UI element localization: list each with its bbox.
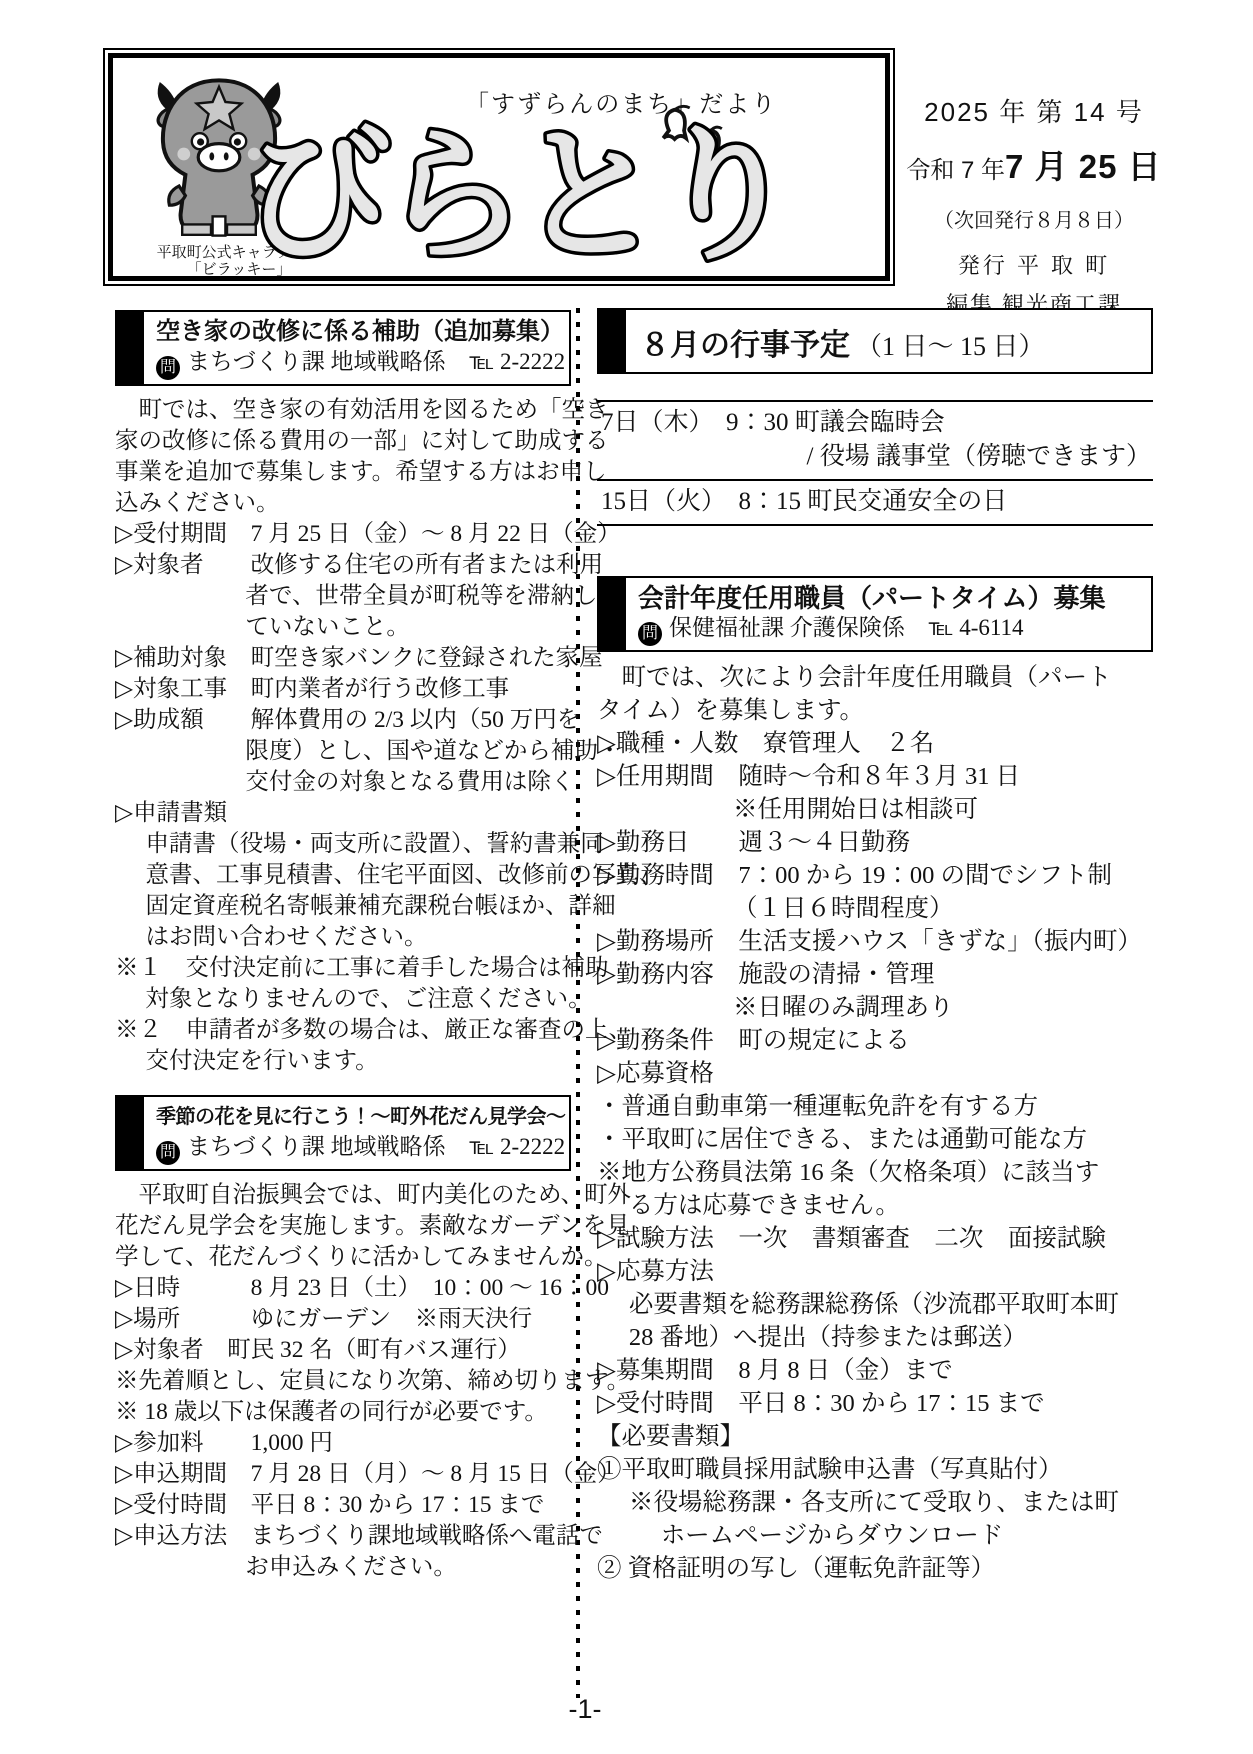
contact-dept: 保健福祉課 介護保険係 (669, 615, 905, 640)
events-table: 7日（木） 9：30 町議会臨時会 / 役場 議事堂（傍聴できます） 15日（火… (597, 400, 1153, 526)
text-line: ▷勤務条件 町の規定による (597, 1024, 1153, 1057)
masthead-title-text: びらとり (245, 111, 789, 280)
text-line: 固定資産税名寄帳兼補充課税台帳ほか、詳細 (115, 891, 571, 922)
text-line: 事業を追加で募集します。希望する方はお申し (115, 457, 571, 488)
text-line: ▷日時 8 月 23 日（土） 10：00 ～ 16：00 (115, 1273, 571, 1304)
right-column: ８月の行事予定 （1 日～ 15 日） 7日（木） 9：30 町議会臨時会 / … (597, 308, 1153, 1585)
text-line: ▷勤務場所 生活支援ハウス「きずな」（振内町） (597, 925, 1153, 958)
text-line: ▷受付時間 平日 8：30 から 17：15 まで (597, 1387, 1153, 1420)
tel-mark: ℡ (470, 1134, 495, 1159)
text-line: ▷対象工事 町内業者が行う改修工事 (115, 674, 571, 705)
text-line: ▷応募方法 (597, 1255, 1153, 1288)
text-line: ▷参加料 1,000 円 (115, 1428, 571, 1459)
text-line: 対象となりませんので、ご注意ください。 (115, 984, 571, 1015)
section-contact: 問まちづくり課 地域戦略係℡ 2-2222 (156, 1133, 565, 1165)
text-line: ていないこと。 (115, 612, 571, 643)
contact-dept: まちづくり課 地域戦略係 (187, 1134, 446, 1159)
text-line: 者で、世帯全員が町税等を滞納し (115, 581, 571, 612)
text-line: ▷対象者 改修する住宅の所有者または利用 (115, 550, 571, 581)
left-column: 空き家の改修に係る補助（追加募集） 問まちづくり課 地域戦略係℡ 2-2222 … (115, 310, 571, 1583)
text-line: 申請書（役場・両支所に設置）、誓約書兼同 (115, 829, 571, 860)
spacer (115, 1077, 571, 1095)
tel-mark: ℡ (470, 349, 495, 374)
section-title: 会計年度任用職員（パートタイム）募集 (638, 583, 1105, 613)
section-bar (117, 1097, 144, 1169)
text-line: る方は応募できません。 (597, 1189, 1153, 1222)
section-header-events: ８月の行事予定 （1 日～ 15 日） (597, 308, 1153, 374)
text-line: ①平取町職員採用試験申込書（写真貼付） (597, 1453, 1153, 1486)
section-body-akiya: 町では、空き家の有効活用を図るため「空き家の改修に係る費用の一部」に対して助成す… (115, 395, 571, 1077)
text-line: ※地方公務員法第 16 条（欠格条項）に該当す (597, 1156, 1153, 1189)
text-line: ・平取町に居住できる、または通勤可能な方 (597, 1123, 1153, 1156)
text-line: ホームページからダウンロード (597, 1519, 1153, 1552)
text-line: ※１ 交付決定前に工事に着手した場合は補助 (115, 953, 571, 984)
text-line: ▷勤務内容 施設の清掃・管理 (597, 958, 1153, 991)
text-line: ▷受付期間 7 月 25 日（金）～ 8 月 22 日（金） (115, 519, 571, 550)
text-line: ▷申込方法 まちづくり課地域戦略係へ電話で (115, 1521, 571, 1552)
masthead-inner-border: 平取町公式キャラクター 「ビラッキー」 「すずらんのまち」だより びらとり (108, 53, 890, 281)
section-header-recruit: 会計年度任用職員（パートタイム）募集 問保健福祉課 介護保険係℡ 4-6114 (597, 576, 1153, 652)
text-line: 町では、次により会計年度任用職員（パート (597, 661, 1153, 694)
text-line: 交付決定を行います。 (115, 1046, 571, 1077)
text-line: ▷募集期間 8 月 8 日（金）まで (597, 1354, 1153, 1387)
section-bar (117, 312, 144, 384)
text-line: ② 資格証明の写し（運転免許証等） (597, 1552, 1153, 1585)
section-header-akiya: 空き家の改修に係る補助（追加募集） 問まちづくり課 地域戦略係℡ 2-2222 (115, 310, 571, 386)
text-line: 必要書類を総務課総務係（沙流郡平取町本町 (597, 1288, 1153, 1321)
text-line: タイム）を募集します。 (597, 694, 1153, 727)
text-line: ▷勤務日 週３～４日勤務 (597, 826, 1153, 859)
text-line: ▷補助対象 町空き家バンクに登録された家屋 (115, 643, 571, 674)
section-title: 空き家の改修に係る補助（追加募集） (156, 317, 565, 347)
text-line: ※ 18 歳以下は保護者の同行が必要です。 (115, 1397, 571, 1428)
masthead-title: びらとり (241, 108, 789, 285)
tel-number: 4-6114 (959, 615, 1023, 640)
page-number: -1- (0, 1694, 1170, 1725)
section-bar (599, 578, 626, 650)
text-line: ▷職種・人数 寮管理人 ２名 (597, 727, 1153, 760)
issue-info: 2025 年 第 14 号 令和 7 年7 月 25 日 （次回発行８月８日） … (903, 92, 1165, 319)
text-line: はお問い合わせください。 (115, 922, 571, 953)
text-line: 町では、空き家の有効活用を図るため「空き (115, 395, 571, 426)
text-line: 込みください。 (115, 488, 571, 519)
text-line: 平取町自治振興会では、町内美化のため、町外 (115, 1180, 571, 1211)
section-bar (599, 310, 626, 372)
publisher: 発行 平 取 町 (903, 249, 1165, 280)
text-line: 家の改修に係る費用の一部」に対して助成する (115, 426, 571, 457)
section-contact: 問保健福祉課 介護保険係℡ 4-6114 (638, 614, 1105, 646)
text-line: 28 番地）へ提出（持参または郵送） (597, 1321, 1153, 1354)
section-body-kadan: 平取町自治振興会では、町内美化のため、町外花だん見学会を実施します。素敵なガーデ… (115, 1180, 571, 1583)
event-row: 15日（火） 8：15 町民交通安全の日 (597, 481, 1153, 526)
contact-dept: まちづくり課 地域戦略係 (187, 349, 446, 374)
text-line: ※任用開始日は相談可 (597, 793, 1153, 826)
text-line: ※日曜のみ調理あり (597, 991, 1153, 1024)
text-line: ▷申込期間 7 月 28 日（月）～ 8 月 15 日（金） (115, 1459, 571, 1490)
inquiry-icon: 問 (156, 356, 180, 380)
text-line: ▷対象者 町民 32 名（町有バス運行） (115, 1335, 571, 1366)
issue-date: 令和 7 年7 月 25 日 (903, 141, 1165, 188)
section-header-kadan: 季節の花を見に行こう！～町外花だん見学会～ 問まちづくり課 地域戦略係℡ 2-2… (115, 1095, 571, 1171)
text-line: 花だん見学会を実施します。素敵なガーデンを見 (115, 1211, 571, 1242)
text-line: 意書、工事見積書、住宅平面図、改修前の写真、 (115, 860, 571, 891)
text-line: ※先着順とし、定員になり次第、締め切ります。 (115, 1366, 571, 1397)
spacer (597, 526, 1153, 576)
text-line: ▷任用期間 随時～令和８年３月 31 日 (597, 760, 1153, 793)
text-line: 限度）とし、国や道などから補助・ (115, 736, 571, 767)
masthead-box: 平取町公式キャラクター 「ビラッキー」 「すずらんのまち」だより びらとり (103, 48, 895, 286)
contact-tel: ℡ 2-2222 (470, 1134, 566, 1159)
text-line: 【必要書類】 (597, 1420, 1153, 1453)
text-line: ▷試験方法 一次 書類審査 二次 面接試験 (597, 1222, 1153, 1255)
text-line: ▷応募資格 (597, 1057, 1153, 1090)
inquiry-icon: 問 (156, 1141, 180, 1165)
tel-number: 2-2222 (500, 349, 565, 374)
inquiry-icon: 問 (638, 622, 662, 646)
contact-tel: ℡ 2-2222 (470, 349, 566, 374)
era-prefix: 令和 7 年 (906, 157, 1005, 184)
next-issue-date: （次回発行８月８日） (903, 204, 1165, 233)
newsletter-page: 平取町公式キャラクター 「ビラッキー」 「すずらんのまち」だより びらとり 2 (0, 0, 1253, 1754)
tel-mark: ℡ (929, 615, 954, 640)
text-line: ▷勤務時間 7：00 から 19：00 の間でシフト制 (597, 859, 1153, 892)
events-title-range: （1 日～ 15 日） (856, 326, 1045, 363)
events-title: ８月の行事予定 (640, 320, 850, 364)
tel-number: 2-2222 (500, 1134, 565, 1159)
event-text: 7日（木） 9：30 町議会臨時会 (601, 406, 1153, 440)
text-line: ※２ 申請者が多数の場合は、厳正な審査の上、 (115, 1015, 571, 1046)
section-body-recruit: 町では、次により会計年度任用職員（パートタイム）を募集します。▷職種・人数 寮管… (597, 661, 1153, 1585)
text-line: 交付金の対象となる費用は除く (115, 767, 571, 798)
issue-number: 2025 年 第 14 号 (903, 92, 1165, 129)
contact-tel: ℡ 4-6114 (929, 615, 1024, 640)
section-title: 季節の花を見に行こう！～町外花だん見学会～ (156, 1102, 565, 1132)
text-line: ▷申請書類 (115, 798, 571, 829)
event-row: 7日（木） 9：30 町議会臨時会 / 役場 議事堂（傍聴できます） (597, 402, 1153, 481)
text-line: ・普通自動車第一種運転免許を有する方 (597, 1090, 1153, 1123)
event-text: 15日（火） 8：15 町民交通安全の日 (601, 485, 1153, 519)
text-line: お申込みください。 (115, 1552, 571, 1583)
text-line: ※役場総務課・各支所にて受取り、または町 (597, 1486, 1153, 1519)
event-location: / 役場 議事堂（傍聴できます） (601, 440, 1153, 474)
text-line: ▷場所 ゆにガーデン ※雨天決行 (115, 1304, 571, 1335)
text-line: ▷受付時間 平日 8：30 から 17：15 まで (115, 1490, 571, 1521)
text-line: ▷助成額 解体費用の 2/3 以内（50 万円を (115, 705, 571, 736)
text-line: 学して、花だんづくりに活かしてみませんか。 (115, 1242, 571, 1273)
text-line: （１日６時間程度） (597, 892, 1153, 925)
issue-date-main: 7 月 25 日 (1005, 148, 1162, 185)
section-contact: 問まちづくり課 地域戦略係℡ 2-2222 (156, 348, 565, 380)
